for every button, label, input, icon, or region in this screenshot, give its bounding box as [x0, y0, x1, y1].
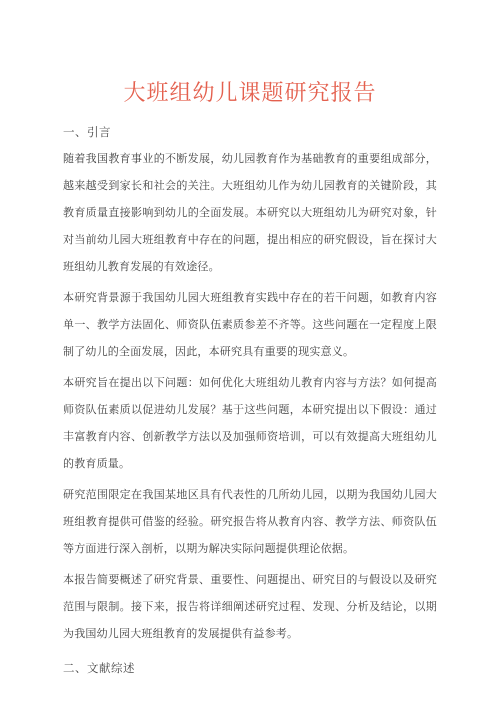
section-heading-literature-review: 二、文献综述	[63, 660, 437, 678]
document-page: 大班组幼儿课题研究报告 一、引言 随着我国教育事业的不断发展，幼儿园教育作为基础…	[0, 0, 500, 707]
paragraph-research-background: 随着我国教育事业的不断发展，幼儿园教育作为基础教育的重要组成部分，越来越受到家长…	[63, 146, 437, 281]
paragraph-questions-hypothesis: 本研究旨在提出以下问题：如何优化大班组幼儿教育内容与方法？如何提高师资队伍素质以…	[63, 370, 437, 478]
paragraph-report-overview: 本报告简要概述了研究背景、重要性、问题提出、研究目的与假设以及研究范围与限制。接…	[63, 567, 437, 648]
paragraph-research-scope: 研究范围限定在我国某地区具有代表性的几所幼儿园，以期为我国幼儿园大班组教育提供可…	[63, 482, 437, 563]
section-heading-introduction: 一、引言	[63, 124, 437, 142]
document-title: 大班组幼儿课题研究报告	[63, 80, 437, 106]
paragraph-problem-origin: 本研究背景源于我国幼儿园大班组教育实践中存在的若干问题，如教育内容单一、教学方法…	[63, 285, 437, 366]
